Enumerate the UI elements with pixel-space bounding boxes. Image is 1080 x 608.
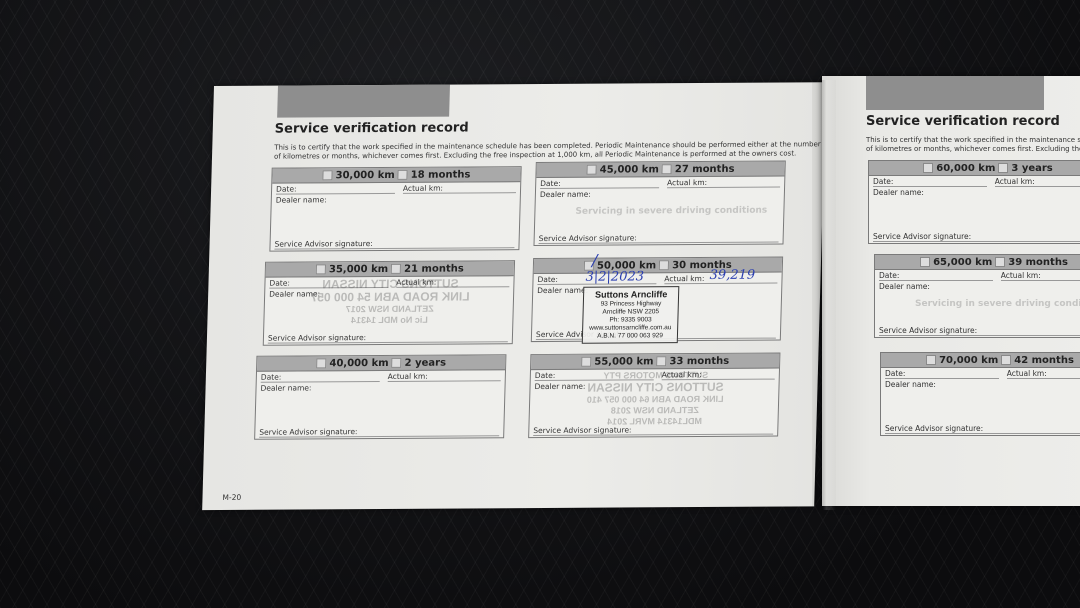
months-interval: 39 months bbox=[1008, 257, 1068, 268]
card-header: 55,000 km33 months bbox=[531, 354, 779, 371]
left-page: Service verification record This is to c… bbox=[202, 82, 826, 510]
bleed-through-text: Servicing in severe driving conditions bbox=[915, 299, 1080, 309]
bleed-through-line: MDL14314 MVRL 2014 bbox=[569, 416, 739, 428]
service-card: 65,000 km39 monthsDate:Actual km:Dealer … bbox=[874, 254, 1080, 338]
months-interval: 27 months bbox=[675, 163, 735, 174]
handwritten-date: 3|2|2023 bbox=[585, 269, 644, 284]
months-interval: 33 months bbox=[669, 355, 729, 366]
km-checkbox[interactable] bbox=[581, 357, 591, 367]
handwritten-actual-km: 39,219 bbox=[709, 268, 755, 283]
page-header-bar bbox=[866, 76, 1044, 110]
dealer-stamp-line: A.B.N. 77 000 063 929 bbox=[589, 332, 671, 341]
card-header: 35,000 km21 months bbox=[266, 261, 514, 278]
service-card: 30,000 km18 monthsDate:Actual km:Dealer … bbox=[269, 166, 521, 252]
card-header: 70,000 km42 months bbox=[881, 353, 1080, 368]
service-advisor-signature-field[interactable]: Service Advisor signature: bbox=[274, 238, 514, 249]
km-checkbox[interactable] bbox=[316, 264, 326, 274]
km-checkbox[interactable] bbox=[923, 163, 933, 173]
card-header: 45,000 km27 months bbox=[536, 162, 784, 179]
date-field[interactable]: Date: bbox=[879, 271, 993, 281]
months-interval: 18 months bbox=[411, 169, 471, 180]
km-interval: 30,000 km bbox=[335, 169, 394, 180]
date-km-row: Date:Actual km: bbox=[875, 270, 1080, 281]
card-header: 40,000 km2 years bbox=[257, 355, 505, 372]
months-checkbox[interactable] bbox=[391, 358, 401, 368]
months-checkbox[interactable] bbox=[659, 260, 669, 270]
service-advisor-signature-field[interactable]: Service Advisor signature: bbox=[259, 426, 499, 437]
date-field[interactable]: Date: bbox=[873, 177, 987, 187]
months-interval: 2 years bbox=[404, 357, 446, 368]
months-interval: 42 months bbox=[1014, 355, 1074, 366]
km-checkbox[interactable] bbox=[316, 358, 326, 368]
km-interval: 55,000 km bbox=[594, 356, 653, 367]
km-interval: 65,000 km bbox=[933, 257, 992, 268]
km-interval: 45,000 km bbox=[600, 164, 659, 175]
page-header-bar bbox=[277, 85, 450, 118]
actual-km-field[interactable]: Actual km: bbox=[403, 183, 516, 194]
service-advisor-signature-field[interactable]: Service Advisor signature: bbox=[885, 424, 1080, 434]
intro-line-2: of kilometres or months, whichever comes… bbox=[866, 145, 1080, 154]
service-advisor-signature-field[interactable]: Service Advisor signature: bbox=[873, 232, 1080, 242]
months-checkbox[interactable] bbox=[1001, 355, 1011, 365]
service-card: 45,000 km27 monthsDate:Actual km:Dealer … bbox=[533, 161, 785, 247]
service-card: 55,000 km33 monthsDate:Actual km:Dealer … bbox=[528, 353, 780, 439]
months-checkbox[interactable] bbox=[656, 356, 666, 366]
page-title: Service verification record bbox=[866, 114, 1060, 129]
km-interval: 60,000 km bbox=[936, 163, 995, 174]
months-checkbox[interactable] bbox=[662, 164, 672, 174]
handwritten-check-mark: / bbox=[592, 251, 598, 270]
right-page: Service verification record This is to c… bbox=[822, 76, 1080, 506]
bleed-through-stamp: SUTTONS MOTORS PTYSUTTONS CITY NISSANLIN… bbox=[569, 370, 741, 428]
intro-line-1: This is to certify that the work specifi… bbox=[866, 136, 1080, 145]
book-gutter bbox=[812, 80, 836, 510]
km-checkbox[interactable] bbox=[322, 170, 332, 180]
months-checkbox[interactable] bbox=[998, 163, 1008, 173]
dealer-name-field[interactable]: Dealer name: bbox=[881, 379, 1080, 424]
service-advisor-signature-field[interactable]: Service Advisor signature: bbox=[268, 332, 508, 343]
intro-text: This is to certify that the work specifi… bbox=[866, 136, 1080, 154]
dealer-stamp: Suttons Arncliffe93 Princess HighwayArnc… bbox=[582, 286, 680, 344]
card-header: 65,000 km39 months bbox=[875, 255, 1080, 270]
service-advisor-signature-field[interactable]: Service Advisor signature: bbox=[879, 326, 1080, 336]
dealer-stamp-name: Suttons Arncliffe bbox=[590, 289, 673, 301]
bleed-through-stamp: SUTTONS CITY NISSANLINK ROAD ABN 54 000 … bbox=[304, 277, 475, 326]
bleed-through-line: LINK ROAD ABN 54 000 057 bbox=[305, 290, 475, 304]
km-interval: 70,000 km bbox=[939, 355, 998, 366]
months-interval: 3 years bbox=[1011, 163, 1052, 174]
actual-km-field[interactable]: Actual km: bbox=[1007, 369, 1080, 379]
date-km-row: Date:Actual km: bbox=[869, 176, 1080, 187]
months-checkbox[interactable] bbox=[995, 257, 1005, 267]
service-card: 50,000 km30 monthsDate:Actual km:Dealer … bbox=[531, 257, 783, 343]
service-card: 70,000 km42 monthsDate:Actual km:Dealer … bbox=[880, 352, 1080, 436]
actual-km-field[interactable]: Actual km: bbox=[388, 371, 501, 382]
card-header: 60,000 km3 years bbox=[869, 161, 1080, 176]
bleed-through-text: Servicing in severe driving conditions bbox=[575, 206, 767, 217]
card-header: 30,000 km18 months bbox=[272, 167, 520, 184]
service-card: 35,000 km21 monthsDate:Actual km:Dealer … bbox=[263, 260, 515, 346]
months-checkbox[interactable] bbox=[398, 170, 408, 180]
dealer-stamp-line: 93 Princess Highway bbox=[590, 300, 672, 309]
km-checkbox[interactable] bbox=[920, 257, 930, 267]
actual-km-field[interactable]: Actual km: bbox=[667, 178, 780, 189]
dealer-name-field[interactable]: Dealer name: bbox=[255, 381, 504, 428]
intro-text: This is to certify that the work specifi… bbox=[274, 140, 821, 161]
bleed-through-line: LINK ROAD ABN 64 000 057 410 bbox=[570, 394, 740, 406]
km-checkbox[interactable] bbox=[587, 165, 597, 175]
months-interval: 21 months bbox=[404, 263, 464, 274]
intro-line-2: of kilometres or months, whichever comes… bbox=[274, 149, 821, 161]
service-card: 40,000 km2 yearsDate:Actual km:Dealer na… bbox=[254, 354, 506, 440]
date-field[interactable]: Date: bbox=[885, 369, 999, 379]
dealer-name-field[interactable]: Dealer name: bbox=[271, 193, 520, 240]
date-km-row: Date:Actual km: bbox=[881, 368, 1080, 379]
actual-km-field[interactable]: Actual km: bbox=[1001, 271, 1080, 281]
actual-km-field[interactable]: Actual km: bbox=[995, 177, 1080, 187]
bleed-through-line: Lic No MDL 14314 bbox=[304, 314, 474, 326]
km-checkbox[interactable] bbox=[926, 355, 936, 365]
bleed-through-line: SUTTONS CITY NISSAN bbox=[570, 381, 740, 395]
km-interval: 40,000 km bbox=[329, 357, 388, 368]
page-title: Service verification record bbox=[275, 120, 469, 136]
km-interval: 35,000 km bbox=[329, 263, 388, 274]
service-card: 60,000 km3 yearsDate:Actual km:Dealer na… bbox=[868, 160, 1080, 244]
service-advisor-signature-field[interactable]: Service Advisor signature: bbox=[539, 233, 779, 244]
months-checkbox[interactable] bbox=[391, 264, 401, 274]
dealer-name-field[interactable]: Dealer name: bbox=[869, 187, 1080, 232]
page-number: M-20 bbox=[222, 493, 241, 502]
